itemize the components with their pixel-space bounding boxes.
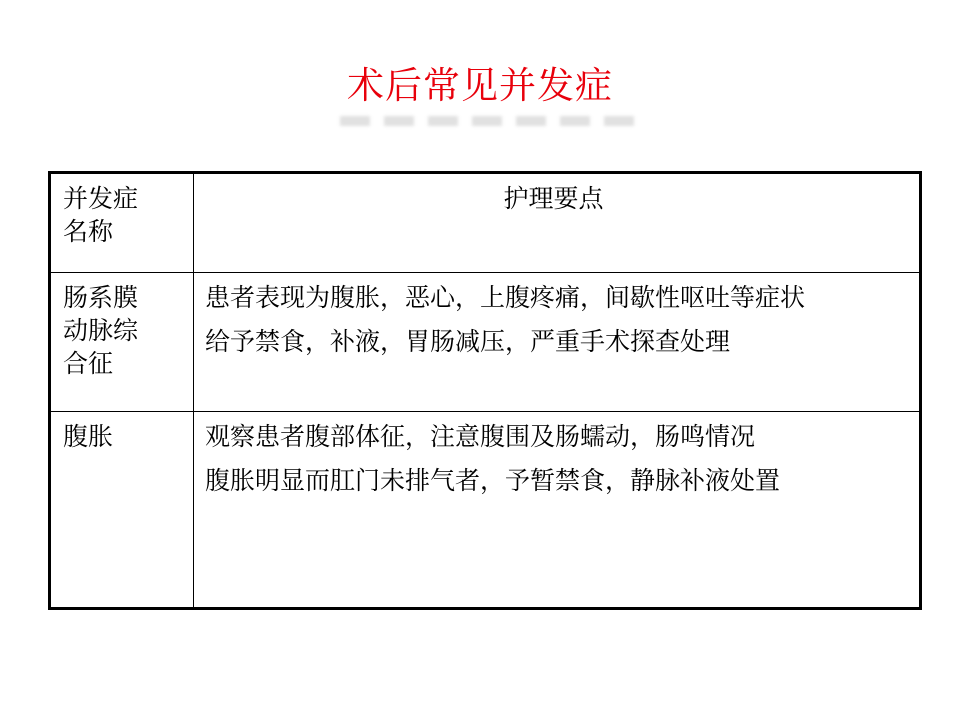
nursing-point: 腹胀明显而肛门未排气者，予暂禁食，静脉补液处置 <box>205 464 913 497</box>
table-header-row: 并发症 名称 护理要点 <box>51 174 919 272</box>
header-complication-name: 并发症 名称 <box>51 174 194 272</box>
table-row: 肠系膜 动脉综 合征 患者表现为腹胀，恶心，上腹疼痛，间歇性呕吐等症状 给予禁食… <box>51 272 919 411</box>
table-row: 腹胀 观察患者腹部体征，注意腹围及肠蠕动，肠鸣情况 腹胀明显而肛门未排气者，予暂… <box>51 411 919 608</box>
header-name-line: 名称 <box>63 215 193 248</box>
complication-name-cell: 腹胀 <box>51 412 194 608</box>
nursing-points-cell: 患者表现为腹胀，恶心，上腹疼痛，间歇性呕吐等症状 给予禁食，补液，胃肠减压，严重… <box>194 273 919 411</box>
complication-name-line: 肠系膜 <box>63 281 193 314</box>
slide-title: 术后常见并发症 <box>0 62 960 110</box>
complications-table: 并发症 名称 护理要点 肠系膜 动脉综 合征 患者表现为腹胀，恶心，上腹疼痛，间… <box>48 171 922 610</box>
nursing-point: 患者表现为腹胀，恶心，上腹疼痛，间歇性呕吐等症状 <box>205 281 913 314</box>
title-reflection-decoration <box>340 116 635 126</box>
complication-name-line: 合征 <box>63 347 193 380</box>
nursing-point: 观察患者腹部体征，注意腹围及肠蠕动，肠鸣情况 <box>205 420 913 453</box>
header-name-line: 并发症 <box>63 182 193 215</box>
complication-name-line: 动脉综 <box>63 314 193 347</box>
nursing-point: 给予禁食，补液，胃肠减压，严重手术探查处理 <box>205 325 913 358</box>
complication-name-line: 腹胀 <box>63 420 193 453</box>
nursing-points-cell: 观察患者腹部体征，注意腹围及肠蠕动，肠鸣情况 腹胀明显而肛门未排气者，予暂禁食，… <box>194 412 919 608</box>
complication-name-cell: 肠系膜 动脉综 合征 <box>51 273 194 411</box>
header-nursing-points: 护理要点 <box>194 174 919 272</box>
